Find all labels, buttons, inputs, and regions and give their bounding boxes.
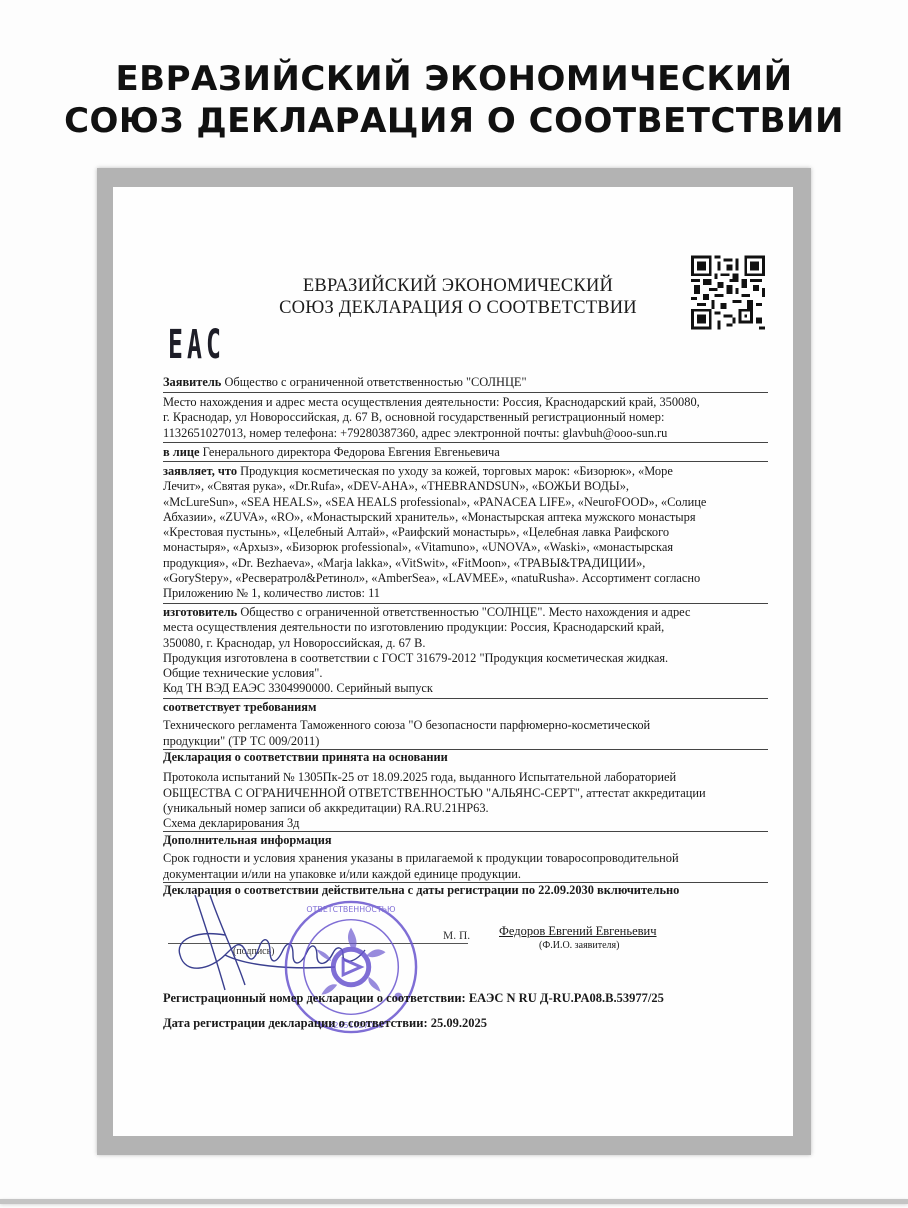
- manufacturer-line: Общие технические условия".: [163, 666, 768, 681]
- manufacturer-line: Продукция изготовлена в соответствии с Г…: [163, 651, 768, 666]
- declares-line: «Крестовая пустынь», «Целебный Алтай», «…: [163, 525, 768, 540]
- manufacturer-line: места осуществления деятельности по изго…: [163, 620, 768, 635]
- complies-label: соответствует требованиям: [163, 700, 768, 715]
- basis-label: Декларация о соответствии принята на осн…: [163, 750, 768, 765]
- applicant-label: Заявитель: [163, 375, 221, 389]
- complies-block: соответствует требованиям Технического р…: [163, 700, 768, 749]
- manufacturer-block: изготовитель Общество с ограниченной отв…: [163, 605, 768, 697]
- basis-line: Схема декларирования 3д: [163, 816, 768, 831]
- complies-line: продукции" (ТР ТС 009/2011): [163, 734, 768, 749]
- declares-line: Продукция косметическая по уходу за коже…: [240, 464, 673, 478]
- manufacturer-label: изготовитель: [163, 605, 237, 619]
- applicant-value: Общество с ограниченной ответственностью…: [224, 375, 526, 389]
- address-line: Место нахождения и адрес места осуществл…: [163, 395, 768, 410]
- manufacturer-line: 350080, г. Краснодар, ул Новороссийская,…: [163, 636, 768, 651]
- additional-label: Дополнительная информация: [163, 833, 768, 848]
- represented-row: в лице Генерального директора Федорова Е…: [163, 445, 768, 460]
- divider: [163, 392, 768, 393]
- applicant-name-label: (Ф.И.О. заявителя): [539, 940, 619, 951]
- applicant-row: Заявитель Общество с ограниченной ответс…: [163, 375, 768, 390]
- eac-logo-letter: A: [187, 322, 197, 368]
- bottom-divider: [0, 1199, 908, 1204]
- declares-line: Приложению № 1, количество листов: 11: [163, 586, 768, 601]
- eac-logo-letter: C: [206, 322, 216, 368]
- svg-text:ОТВЕТСТВЕННОСТЬЮ: ОТВЕТСТВЕННОСТЬЮ: [306, 905, 396, 914]
- divider: [163, 461, 768, 462]
- address-block: Место нахождения и адрес места осуществл…: [163, 395, 768, 441]
- basis-line: (уникальный номер записи об аккредитации…: [163, 801, 768, 816]
- declares-line: Абхазии», «ZUVA», «RO», «Монастырский хр…: [163, 510, 768, 525]
- address-line: г. Краснодар, ул Новороссийская, д. 67 В…: [163, 410, 768, 425]
- declares-label: заявляет, что: [163, 464, 237, 478]
- page-heading-line1: ЕВРАЗИЙСКИЙ ЭКОНОМИЧЕСКИЙ: [0, 58, 908, 100]
- manufacturer-line: Код ТН ВЭД ЕАЭС 3304990000. Серийный вып…: [163, 681, 768, 696]
- divider: [163, 442, 768, 443]
- declares-block: заявляет, что Продукция косметическая по…: [163, 464, 768, 602]
- address-line: 1132651027013, номер телефона: +79280387…: [163, 426, 768, 441]
- document-title-line2: СОЮЗ ДЕКЛАРАЦИЯ О СООТВЕТСТВИИ: [258, 297, 658, 319]
- declares-line: продукция», «Dr. Bezhaeva», «Marja lakka…: [163, 556, 768, 571]
- eac-logo-letter: E: [168, 322, 178, 368]
- basis-line: Протокола испытаний № 1305Пк-25 от 18.09…: [163, 770, 768, 785]
- additional-block: Дополнительная информация Срок годности …: [163, 833, 768, 882]
- manufacturer-line: Общество с ограниченной ответственностью…: [240, 605, 690, 619]
- document-title-line1: ЕВРАЗИЙСКИЙ ЭКОНОМИЧЕСКИЙ: [258, 275, 658, 297]
- complies-line: Технического регламента Таможенного союз…: [163, 718, 768, 733]
- additional-line: документации и/или на упаковке и/или каж…: [163, 867, 768, 882]
- page-heading-line2: СОЮЗ ДЕКЛАРАЦИЯ О СООТВЕТСТВИИ: [0, 100, 908, 142]
- qr-code-icon[interactable]: [691, 255, 765, 330]
- basis-line: ОБЩЕСТВА С ОГРАНИЧЕННОЙ ОТВЕТСТВЕННОСТЬЮ…: [163, 786, 768, 801]
- basis-block: Декларация о соответствии принята на осн…: [163, 750, 768, 831]
- registration-date: Дата регистрации декларации о соответств…: [163, 1016, 487, 1031]
- represented-value: Генерального директора Федорова Евгения …: [203, 445, 500, 459]
- eac-logo-icon: E A C: [168, 322, 222, 368]
- page-heading: ЕВРАЗИЙСКИЙ ЭКОНОМИЧЕСКИЙ СОЮЗ ДЕКЛАРАЦИ…: [0, 58, 908, 142]
- additional-line: Срок годности и условия хранения указаны…: [163, 851, 768, 866]
- declares-line: «McLureSun», «SEA HEALS», «SEA HEALS pro…: [163, 495, 768, 510]
- document-title: ЕВРАЗИЙСКИЙ ЭКОНОМИЧЕСКИЙ СОЮЗ ДЕКЛАРАЦИ…: [258, 275, 658, 319]
- registration-number: Регистрационный номер декларации о соотв…: [163, 991, 664, 1006]
- applicant-name: Федоров Евгений Евгеньевич: [499, 924, 657, 939]
- declares-line: Лечит», «Святая рука», «Dr.Rufa», «DEV-A…: [163, 479, 768, 494]
- stamp-label: М. П.: [443, 930, 470, 942]
- declares-line: «GoryStepy», «Ресвератрол&Ретинол», «Amb…: [163, 571, 768, 586]
- represented-label: в лице: [163, 445, 200, 459]
- declares-line: монастыря», «Архыз», «Бизорюк profession…: [163, 540, 768, 555]
